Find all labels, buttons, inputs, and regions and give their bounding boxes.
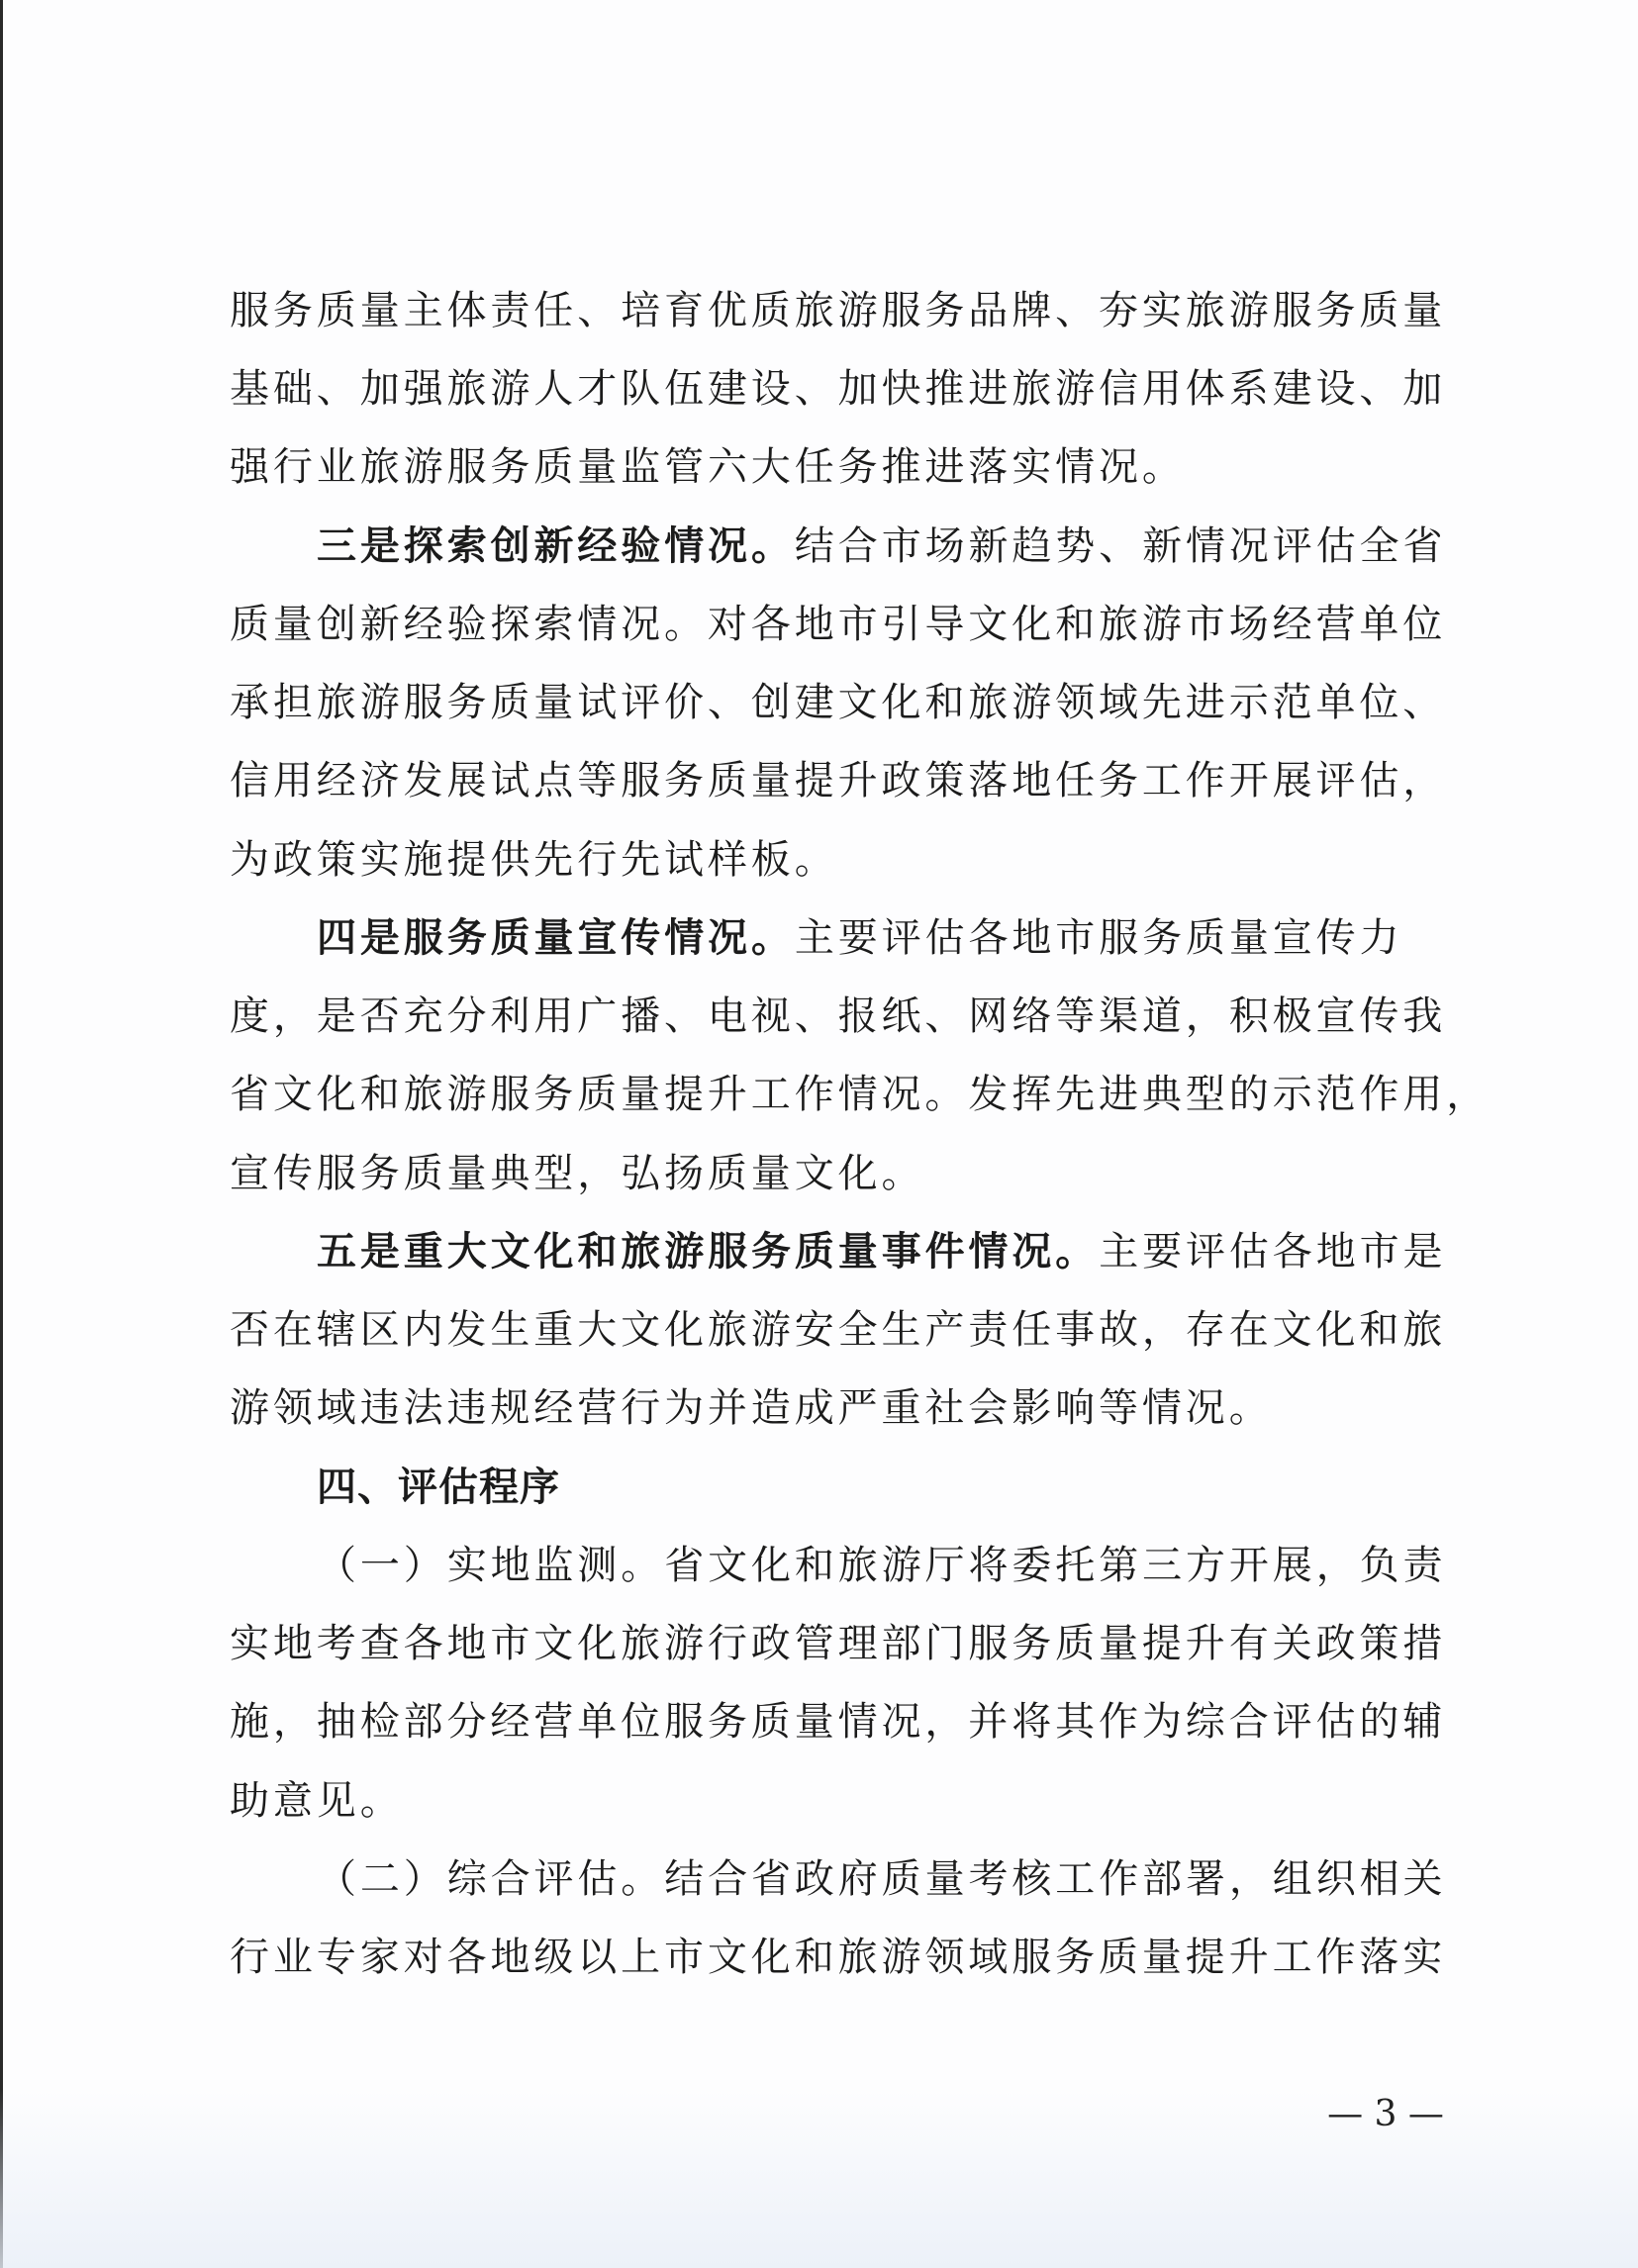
body-line: 实地考查各地市文化旅游行政管理部门服务质量提升有关政策措: [230, 1614, 1447, 1673]
paragraph-three-innovation: 三是探索创新经验情况。结合市场新趋势、新情况评估全省: [317, 517, 1447, 576]
paragraph-lead: （二）综合评估。: [317, 1856, 664, 1902]
scan-edge: [0, 0, 3, 2268]
page-number: — 3 —: [1316, 2090, 1455, 2139]
body-line: 服务质量主体责任、培育优质旅游服务品牌、夯实旅游服务质量: [230, 281, 1447, 340]
paragraph-field-monitoring: （一）实地监测。省文化和旅游厅将委托第三方开展，负责: [317, 1536, 1447, 1595]
paragraph-four-publicity: 四是服务质量宣传情况。主要评估各地市服务质量宣传力: [317, 908, 1447, 968]
body-line: 游领域违法违规经营行为并造成严重社会影响等情况。: [230, 1378, 1447, 1438]
body-line: 信用经济发展试点等服务质量提升政策落地任务工作开展评估，: [230, 751, 1447, 810]
section-heading: 四、评估程序: [317, 1458, 1447, 1517]
body-line: 度，是否充分利用广播、电视、报纸、网络等渠道，积极宣传我: [230, 987, 1447, 1046]
body-line: 强行业旅游服务质量监管六大任务推进落实情况。: [230, 437, 1447, 497]
paragraph-lead: 五是重大文化和旅游服务质量事件情况。: [317, 1228, 1099, 1275]
paragraph-lead: 三是探索创新经验情况。: [317, 522, 795, 569]
body-line: 助意见。: [230, 1771, 1447, 1831]
paragraph-lead: （一）实地监测。: [317, 1543, 664, 1588]
body-line: 行业专家对各地级以上市文化和旅游领域服务质量提升工作落实: [230, 1928, 1447, 1987]
paragraph-lead: 四是服务质量宣传情况。: [317, 914, 795, 961]
body-line: 基础、加强旅游人才队伍建设、加快推进旅游信用体系建设、加: [230, 359, 1447, 419]
body-line: 否在辖区内发生重大文化旅游安全生产责任事故，存在文化和旅: [230, 1300, 1447, 1360]
body-line: 施，抽检部分经营单位服务质量情况，并将其作为综合评估的辅: [230, 1692, 1447, 1751]
body-line: 质量创新经验探索情况。对各地市引导文化和旅游市场经营单位: [230, 595, 1447, 654]
paragraph-comprehensive-evaluation: （二）综合评估。结合省政府质量考核工作部署，组织相关: [317, 1849, 1447, 1909]
body-line: 省文化和旅游服务质量提升工作情况。发挥先进典型的示范作用，: [230, 1065, 1447, 1124]
body-line: 为政策实施提供先行先试样板。: [230, 830, 1447, 890]
body-line: 承担旅游服务质量试评价、创建文化和旅游领域先进示范单位、: [230, 673, 1447, 732]
body-line: 宣传服务质量典型，弘扬质量文化。: [230, 1144, 1447, 1203]
paragraph-five-incidents: 五是重大文化和旅游服务质量事件情况。主要评估各地市是: [317, 1222, 1447, 1281]
